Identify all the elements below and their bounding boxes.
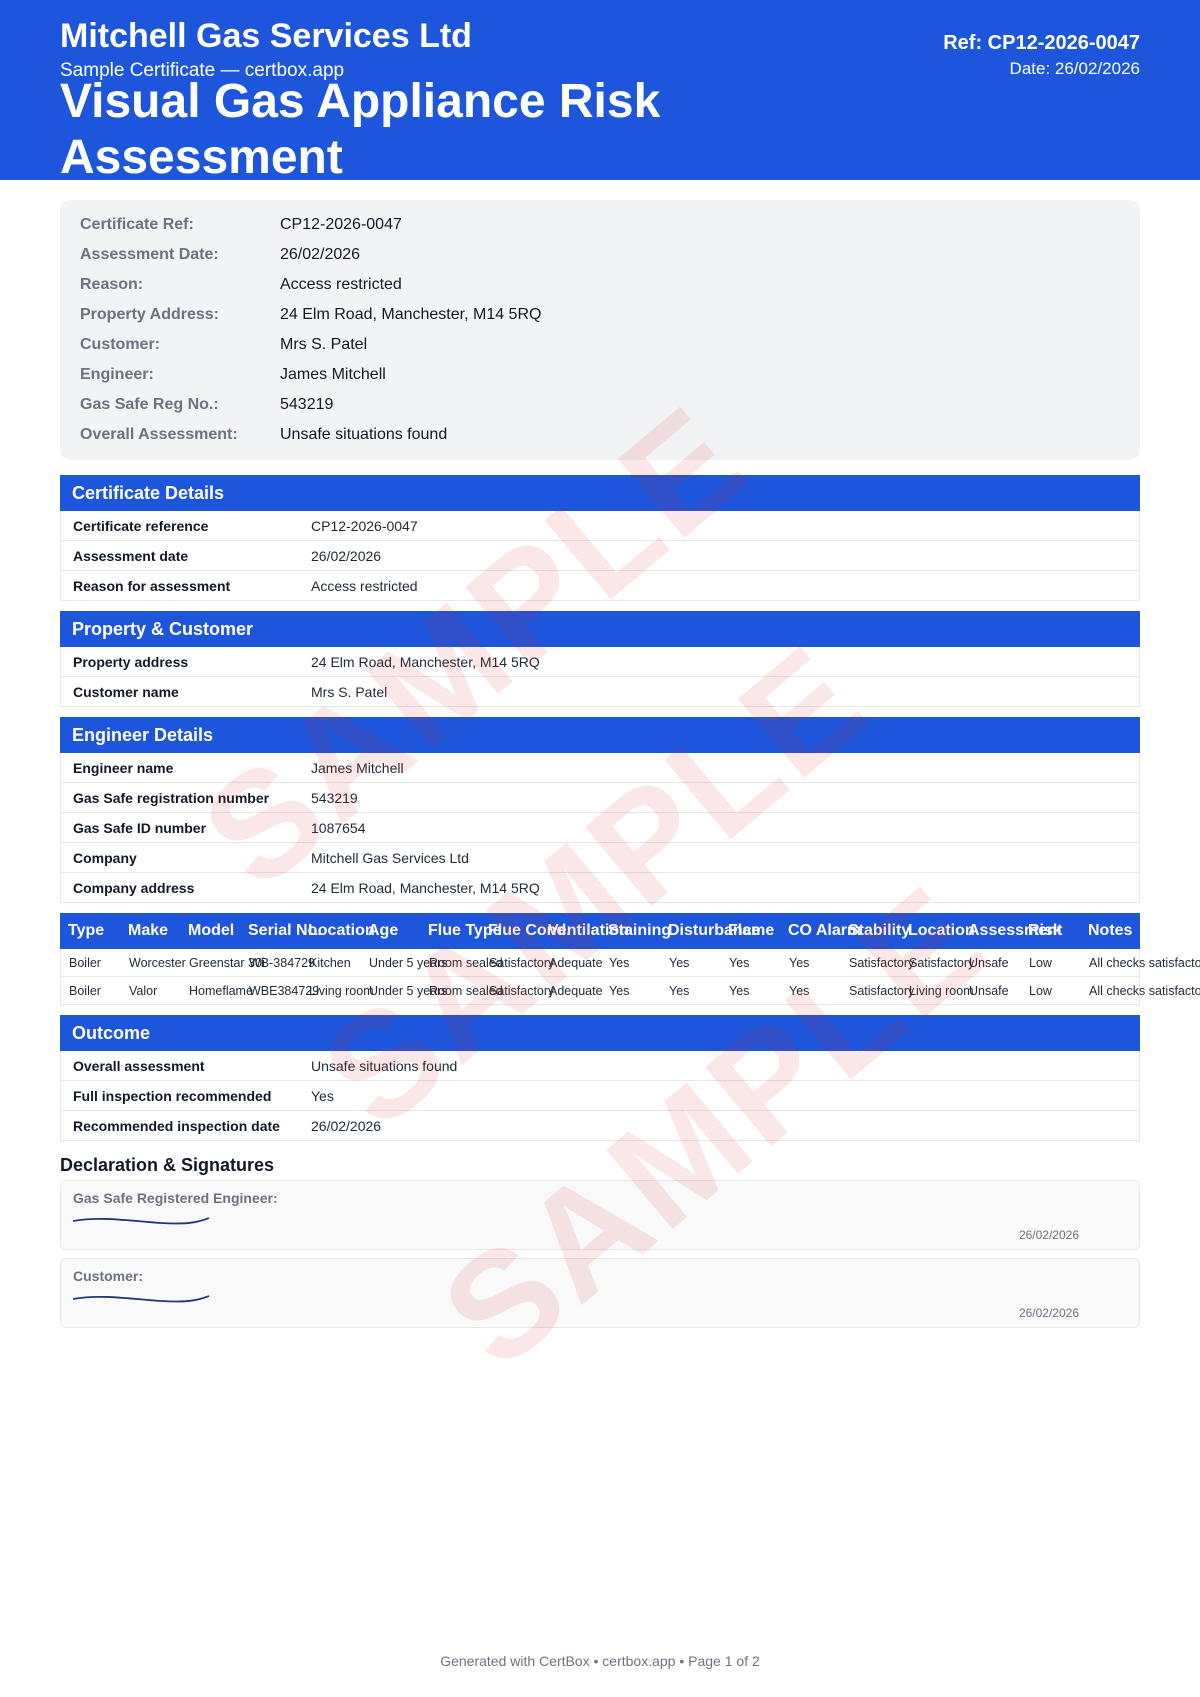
table-cell: Low xyxy=(1029,956,1052,970)
detail-label: Company address xyxy=(73,880,311,896)
detail-label: Company xyxy=(73,850,311,866)
section-heading: Certificate Details xyxy=(60,475,1140,511)
engineer-details-section: Engineer DetailsEngineer nameJames Mitch… xyxy=(60,717,1140,903)
table-row: BoilerWorcesterGreenstar 30iWB-384729Kit… xyxy=(60,949,1140,977)
table-cell: WB-384729 xyxy=(249,956,315,970)
detail-label: Overall assessment xyxy=(73,1058,311,1074)
detail-row: Gas Safe registration number543219 xyxy=(60,783,1140,813)
table-cell: All checks satisfactory xyxy=(1089,984,1200,998)
summary-row: Engineer:James Mitchell xyxy=(80,360,1120,390)
summary-value: Access restricted xyxy=(280,276,402,294)
column-header: Stability xyxy=(848,922,910,940)
table-cell: Yes xyxy=(669,956,689,970)
detail-value: 26/02/2026 xyxy=(311,548,381,564)
section-heading: Outcome xyxy=(60,1015,1140,1051)
detail-row: Overall assessmentUnsafe situations foun… xyxy=(60,1051,1140,1081)
summary-label: Assessment Date: xyxy=(80,246,280,264)
column-header: Type xyxy=(68,922,104,940)
certificate-details-section: Certificate DetailsCertificate reference… xyxy=(60,475,1140,601)
summary-label: Property Address: xyxy=(80,306,280,324)
signature-date: 26/02/2026 xyxy=(1019,1306,1079,1320)
table-cell: Kitchen xyxy=(309,956,351,970)
summary-value: 543219 xyxy=(280,396,333,414)
table-cell: Yes xyxy=(789,956,809,970)
table-cell: All checks satisfactory xyxy=(1089,956,1200,970)
certificate-header: Mitchell Gas Services Ltd Sample Certifi… xyxy=(0,0,1200,180)
detail-label: Assessment date xyxy=(73,548,311,564)
table-cell: Satisfactory xyxy=(489,956,554,970)
detail-value: 26/02/2026 xyxy=(311,1118,381,1134)
table-cell: Homeflame xyxy=(189,984,253,998)
summary-row: Gas Safe Reg No.:543219 xyxy=(80,390,1120,420)
detail-value: 24 Elm Road, Manchester, M14 5RQ xyxy=(311,880,540,896)
table-cell: Yes xyxy=(789,984,809,998)
header-reference: Ref: CP12-2026-0047 xyxy=(943,30,1140,56)
detail-label: Engineer name xyxy=(73,760,311,776)
summary-value: James Mitchell xyxy=(280,366,386,384)
summary-value: CP12-2026-0047 xyxy=(280,216,402,234)
outcome-section: OutcomeOverall assessmentUnsafe situatio… xyxy=(60,1015,1140,1141)
summary-value: Mrs S. Patel xyxy=(280,336,367,354)
page-title: Visual Gas Appliance Risk Assessment xyxy=(60,74,740,180)
table-cell: Yes xyxy=(609,984,629,998)
detail-row: Recommended inspection date26/02/2026 xyxy=(60,1111,1140,1141)
signature-date: 26/02/2026 xyxy=(1019,1228,1079,1242)
table-cell: Worcester xyxy=(129,956,186,970)
page-footer: Generated with CertBox • certbox.app • P… xyxy=(0,1653,1200,1669)
column-header: Notes xyxy=(1088,922,1132,940)
table-cell: Boiler xyxy=(69,956,101,970)
detail-value: 24 Elm Road, Manchester, M14 5RQ xyxy=(311,654,540,670)
column-header: Model xyxy=(188,922,234,940)
table-cell: Unsafe xyxy=(969,956,1009,970)
detail-value: Mrs S. Patel xyxy=(311,684,387,700)
detail-row: Assessment date26/02/2026 xyxy=(60,541,1140,571)
column-header: Age xyxy=(368,922,398,940)
detail-label: Full inspection recommended xyxy=(73,1088,311,1104)
detail-value: Mitchell Gas Services Ltd xyxy=(311,850,469,866)
detail-value: Unsafe situations found xyxy=(311,1058,457,1074)
summary-row: Property Address:24 Elm Road, Manchester… xyxy=(80,300,1120,330)
header-date: Date: 26/02/2026 xyxy=(1010,58,1140,80)
detail-row: Full inspection recommendedYes xyxy=(60,1081,1140,1111)
column-header: Make xyxy=(128,922,168,940)
table-cell: Unsafe xyxy=(969,984,1009,998)
table-cell: Living room xyxy=(309,984,374,998)
summary-value: Unsafe situations found xyxy=(280,426,447,444)
company-name: Mitchell Gas Services Ltd xyxy=(60,16,472,56)
detail-label: Gas Safe ID number xyxy=(73,820,311,836)
signature-icon xyxy=(71,1215,211,1229)
detail-label: Customer name xyxy=(73,684,311,700)
table-cell: Boiler xyxy=(69,984,101,998)
column-header: Staining xyxy=(608,922,671,940)
detail-label: Certificate reference xyxy=(73,518,311,534)
summary-panel: Certificate Ref:CP12-2026-0047Assessment… xyxy=(60,200,1140,460)
summary-label: Reason: xyxy=(80,276,280,294)
summary-label: Overall Assessment: xyxy=(80,426,280,444)
signature-label: Gas Safe Registered Engineer: xyxy=(73,1190,278,1206)
detail-value: 1087654 xyxy=(311,820,366,836)
table-cell: Satisfactory xyxy=(849,956,914,970)
table-cell: Low xyxy=(1029,984,1052,998)
engineer-signature-box: Gas Safe Registered Engineer: 26/02/2026 xyxy=(60,1180,1140,1250)
summary-value: 24 Elm Road, Manchester, M14 5RQ xyxy=(280,306,541,324)
detail-row: Engineer nameJames Mitchell xyxy=(60,753,1140,783)
table-cell: Living room xyxy=(909,984,974,998)
summary-row: Reason:Access restricted xyxy=(80,270,1120,300)
table-cell: Yes xyxy=(729,984,749,998)
detail-row: Gas Safe ID number1087654 xyxy=(60,813,1140,843)
appliances-table: TypeMakeModelSerial No.LocationAgeFlue T… xyxy=(60,913,1140,1005)
summary-label: Gas Safe Reg No.: xyxy=(80,396,280,414)
detail-value: Yes xyxy=(311,1088,334,1104)
detail-value: Access restricted xyxy=(311,578,418,594)
signature-label: Customer: xyxy=(73,1268,143,1284)
declaration-title: Declaration & Signatures xyxy=(60,1155,274,1176)
detail-label: Recommended inspection date xyxy=(73,1118,311,1134)
detail-row: Certificate referenceCP12-2026-0047 xyxy=(60,511,1140,541)
detail-row: Reason for assessmentAccess restricted xyxy=(60,571,1140,601)
detail-label: Property address xyxy=(73,654,311,670)
summary-row: Assessment Date:26/02/2026 xyxy=(80,240,1120,270)
summary-row: Customer:Mrs S. Patel xyxy=(80,330,1120,360)
table-cell: Satisfactory xyxy=(489,984,554,998)
table-header: TypeMakeModelSerial No.LocationAgeFlue T… xyxy=(60,913,1140,949)
column-header: Risk xyxy=(1028,922,1062,940)
table-cell: Yes xyxy=(609,956,629,970)
signature-icon xyxy=(71,1293,211,1307)
table-cell: Satisfactory xyxy=(909,956,974,970)
summary-label: Customer: xyxy=(80,336,280,354)
summary-value: 26/02/2026 xyxy=(280,246,360,264)
column-header: Location xyxy=(308,922,375,940)
column-header: Location xyxy=(908,922,975,940)
section-heading: Property & Customer xyxy=(60,611,1140,647)
table-cell: Satisfactory xyxy=(849,984,914,998)
table-row: BoilerValorHomeflameWBE384729Living room… xyxy=(60,977,1140,1005)
detail-label: Gas Safe registration number xyxy=(73,790,311,806)
table-cell: Adequate xyxy=(549,956,603,970)
table-cell: Yes xyxy=(669,984,689,998)
summary-label: Certificate Ref: xyxy=(80,216,280,234)
detail-value: CP12-2026-0047 xyxy=(311,518,418,534)
detail-row: Property address24 Elm Road, Manchester,… xyxy=(60,647,1140,677)
detail-value: James Mitchell xyxy=(311,760,404,776)
detail-row: Customer nameMrs S. Patel xyxy=(60,677,1140,707)
summary-row: Certificate Ref:CP12-2026-0047 xyxy=(80,210,1120,240)
property-customer-section: Property & CustomerProperty address24 El… xyxy=(60,611,1140,707)
column-header: Flame xyxy=(728,922,774,940)
summary-row: Overall Assessment:Unsafe situations fou… xyxy=(80,420,1120,450)
summary-label: Engineer: xyxy=(80,366,280,384)
customer-signature-box: Customer: 26/02/2026 xyxy=(60,1258,1140,1328)
detail-label: Reason for assessment xyxy=(73,578,311,594)
detail-row: Company address24 Elm Road, Manchester, … xyxy=(60,873,1140,903)
table-cell: Valor xyxy=(129,984,157,998)
detail-row: CompanyMitchell Gas Services Ltd xyxy=(60,843,1140,873)
section-heading: Engineer Details xyxy=(60,717,1140,753)
table-cell: Yes xyxy=(729,956,749,970)
table-cell: Adequate xyxy=(549,984,603,998)
detail-value: 543219 xyxy=(311,790,358,806)
